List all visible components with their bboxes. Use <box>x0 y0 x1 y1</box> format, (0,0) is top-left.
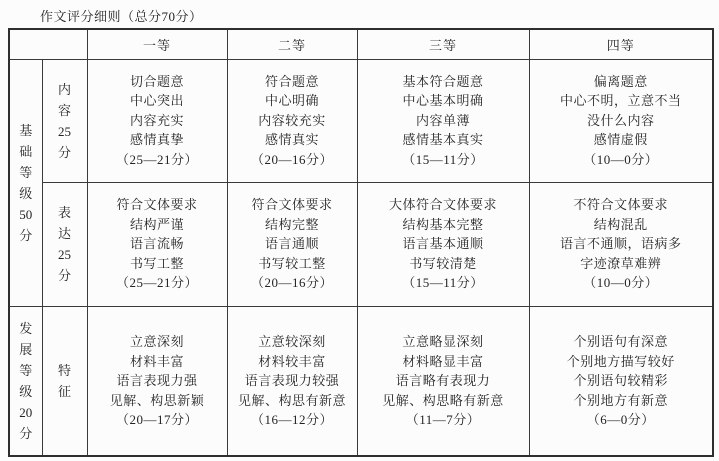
row-label-content: 内容25分 <box>42 59 87 182</box>
row-label-expression: 表达25分 <box>42 182 87 306</box>
row-expression: 表达25分 符合文体要求结构严谨语言流畅书写工整（25—21分） 符合文体要求结… <box>9 182 713 306</box>
criteria-cell-content-grade2: 符合题意中心明确内容较充实感情真实（20—16分） <box>227 59 357 182</box>
criteria-cell-expression-grade3: 大体符合文体要求结构基本完整语言基本通顺书写较清楚（15—11分） <box>357 182 529 306</box>
criteria-cell-feature-grade4: 个别语句有深意个别地方描写较好个别语句较精彩个别地方有新意（6—0分） <box>529 306 713 456</box>
group-label-basic-level: 基础等级50分 <box>9 59 42 306</box>
criteria-cell-feature-grade1: 立意深刻材料丰富语言表现力强见解、构思新颖（20—17分） <box>87 306 227 456</box>
row-label-feature: 特征 <box>42 306 87 456</box>
scoring-rubric-table: 一等 二等 三等 四等 基础等级50分 内容25分 切合题意中心突出内容充实感情… <box>8 28 714 457</box>
group-label-development-level: 发展等级20分 <box>9 306 42 456</box>
grade-header-fourth: 四等 <box>529 29 713 59</box>
header-row: 一等 二等 三等 四等 <box>9 29 713 59</box>
row-content: 基础等级50分 内容25分 切合题意中心突出内容充实感情真挚（25—21分） 符… <box>9 59 713 182</box>
criteria-cell-feature-grade2: 立意较深刻材料较丰富语言表现力较强见解、构思有新意（16—12分） <box>227 306 357 456</box>
criteria-cell-content-grade4: 偏离题意中心不明，立意不当没什么内容感情虚假（10—0分） <box>529 59 713 182</box>
criteria-cell-expression-grade2: 符合文体要求结构完整语言通顺书写较工整（20—16分） <box>227 182 357 306</box>
criteria-cell-expression-grade1: 符合文体要求结构严谨语言流畅书写工整（25—21分） <box>87 182 227 306</box>
grade-header-third: 三等 <box>357 29 529 59</box>
grade-header-first: 一等 <box>87 29 227 59</box>
document-page: 作文评分细则（总分70分） 一等 二等 三等 四等 基础等级50分 内容25分 … <box>0 0 719 461</box>
corner-cell <box>9 29 87 59</box>
page-title: 作文评分细则（总分70分） <box>40 6 719 25</box>
row-feature: 发展等级20分 特征 立意深刻材料丰富语言表现力强见解、构思新颖（20—17分）… <box>9 306 713 456</box>
criteria-cell-content-grade3: 基本符合题意中心基本明确内容单薄感情基本真实（15—11分） <box>357 59 529 182</box>
grade-header-second: 二等 <box>227 29 357 59</box>
criteria-cell-feature-grade3: 立意略显深刻材料略显丰富语言略有表现力见解、构思略有新意（11—7分） <box>357 306 529 456</box>
criteria-cell-content-grade1: 切合题意中心突出内容充实感情真挚（25—21分） <box>87 59 227 182</box>
criteria-cell-expression-grade4: 不符合文体要求结构混乱语言不通顺，语病多字迹潦草难辨（10—0分） <box>529 182 713 306</box>
